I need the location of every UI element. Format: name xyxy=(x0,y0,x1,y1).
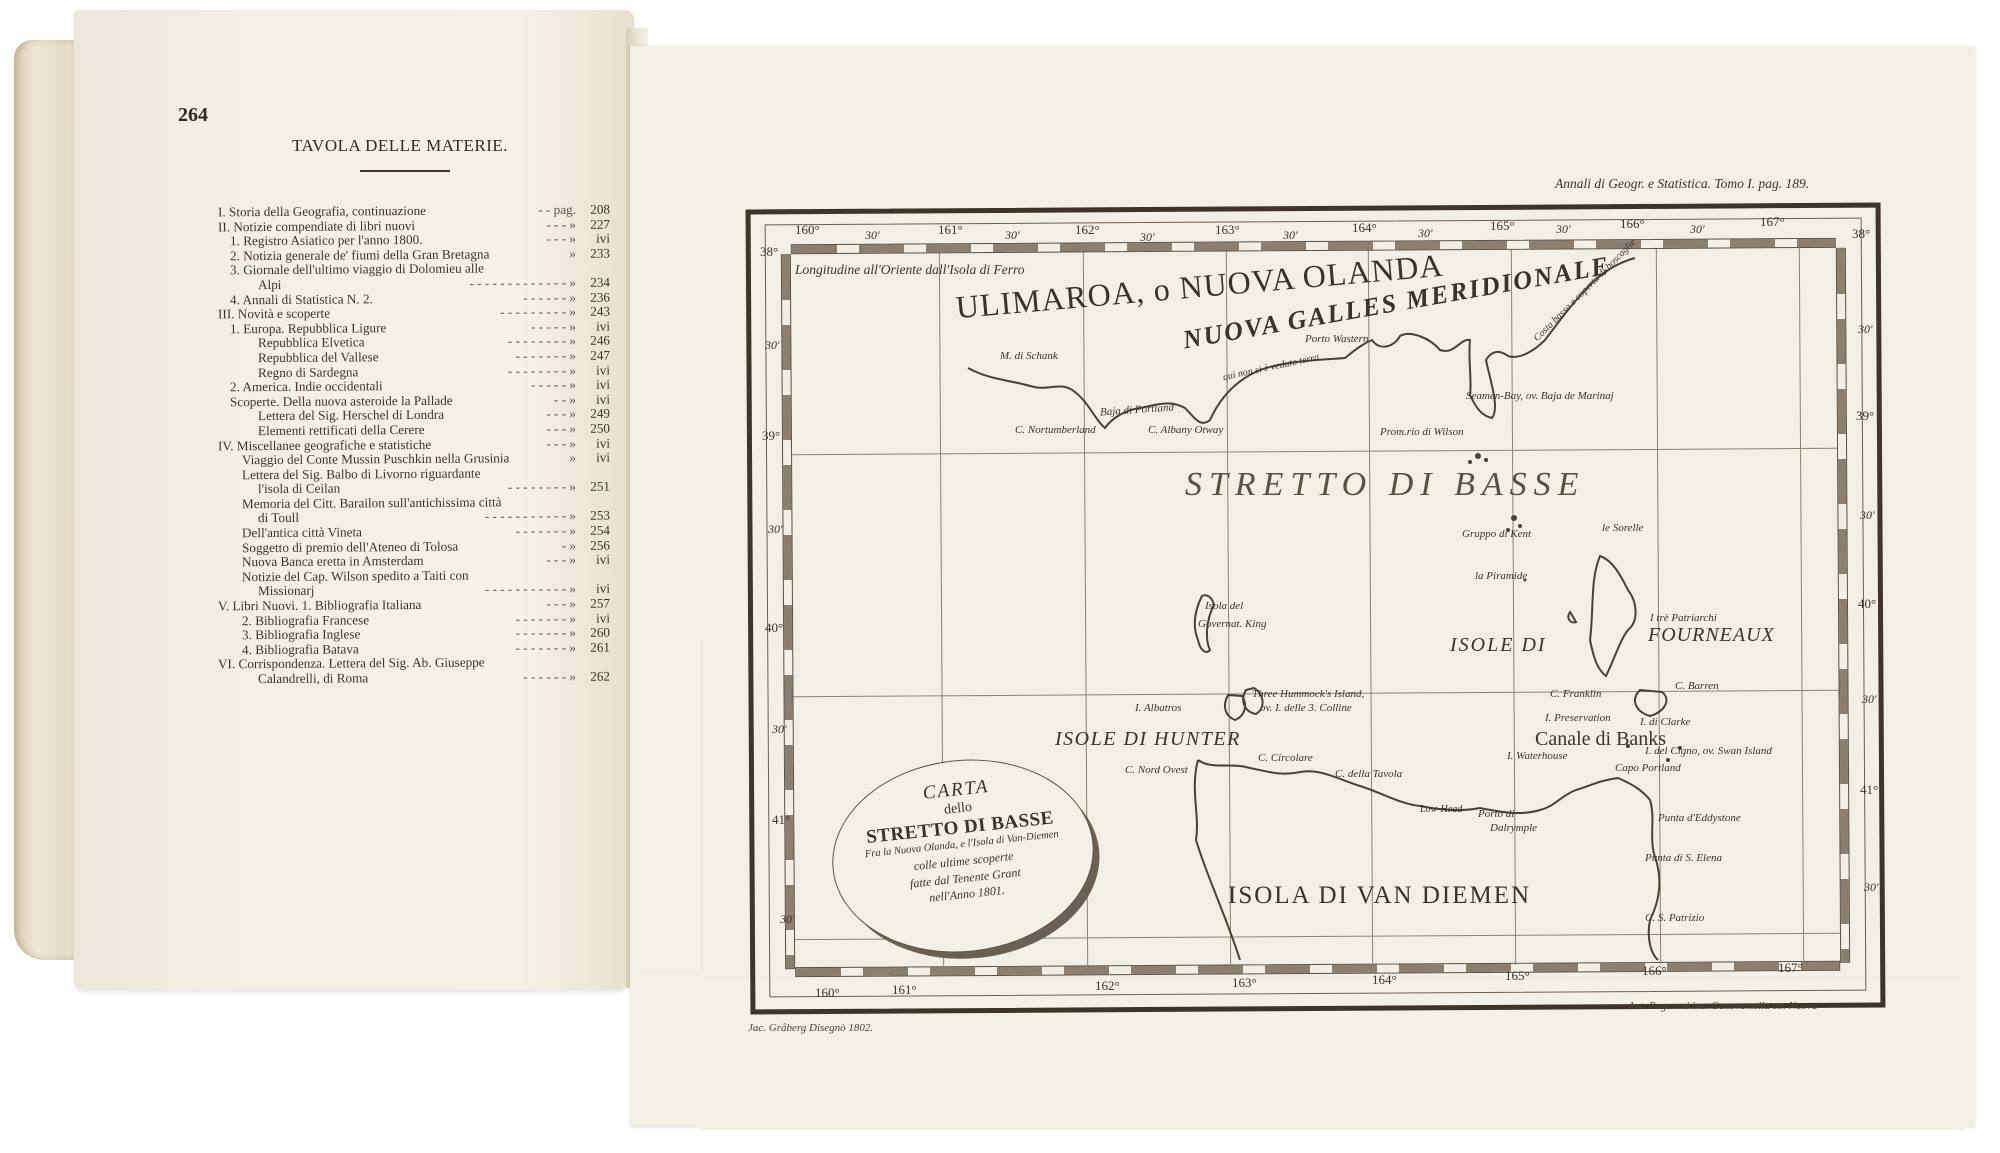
label-seamen-bay: Seamen-Bay, ov. Baja de Marinaj xyxy=(1466,390,1614,402)
label-albatros: I. Albatros xyxy=(1135,702,1181,714)
label-santa-elena: Punta di S. Elena xyxy=(1645,852,1722,864)
label-capo-portland: Capo Portland xyxy=(1615,762,1681,774)
label-barren: C. Barren xyxy=(1675,680,1719,692)
label-three-hummocks-1: Three Hummock's Island, xyxy=(1252,688,1364,700)
label-western-port: Porto Wastern xyxy=(1305,333,1368,345)
label-nord-ovest: C. Nord Ovest xyxy=(1125,764,1188,776)
label-dalrymple-2: Dalrymple xyxy=(1490,822,1537,834)
map-title-hunter: ISOLE DI HUNTER xyxy=(1055,728,1241,751)
label-waterhouse: I. Waterhouse xyxy=(1507,750,1568,762)
label-low-head: Low-Head xyxy=(1420,804,1462,815)
label-circolare: C. Circolare xyxy=(1258,752,1313,764)
map-title-strait: STRETTO DI BASSE xyxy=(1185,466,1585,504)
label-albany-otway: C. Albany Otway xyxy=(1148,424,1223,436)
label-king-island-1: Isola del xyxy=(1205,600,1243,612)
label-clarke: I. di Clarke xyxy=(1640,716,1690,728)
engraver-signature: Ant. Bogeroni inc. Genova nella str. Nuo… xyxy=(1628,1000,1817,1012)
label-san-patrizio: C. S. Patrizio xyxy=(1645,912,1704,924)
map-title-van-diemen: ISOLA DI VAN DIEMEN xyxy=(1228,882,1531,910)
label-dalrymple-1: Porto di xyxy=(1478,808,1514,820)
label-sorelle: le Sorelle xyxy=(1602,522,1643,534)
label-piramide: la Piramide xyxy=(1475,570,1527,582)
label-swan-island: I. del Cigno, ov. Swan Island xyxy=(1645,745,1772,757)
map-title-furneaux-a: ISOLE DI xyxy=(1450,634,1547,657)
label-king-island-2: Governat. King xyxy=(1198,618,1266,630)
label-three-hummocks-2: ov. I. delle 3. Colline xyxy=(1260,702,1352,714)
label-northumberland: C. Nortumberland xyxy=(1015,424,1096,436)
label-wilson-promontory: Prom.rio di Wilson xyxy=(1380,426,1464,438)
label-schank: M. di Schank xyxy=(1000,350,1058,362)
label-preservation: I. Preservation xyxy=(1545,712,1611,724)
label-franklin: C. Franklin xyxy=(1550,688,1601,700)
label-kent-group: Gruppo di Kent xyxy=(1462,528,1531,540)
longitude-note: Longitudine all'Oriente dall'Isola di Fe… xyxy=(795,262,1025,278)
label-tre-patriarchi: I trè Patriarchi xyxy=(1650,612,1717,624)
draftsman-signature: Jac. Gråberg Disegnò 1802. xyxy=(748,1022,873,1034)
label-della-tavola: C. della Tavola xyxy=(1335,768,1402,780)
coastline-drawing xyxy=(0,0,2000,1153)
label-eddystone: Punta d'Eddystone xyxy=(1658,812,1741,824)
map-title-furneaux-b: FOURNEAUX xyxy=(1648,624,1775,647)
